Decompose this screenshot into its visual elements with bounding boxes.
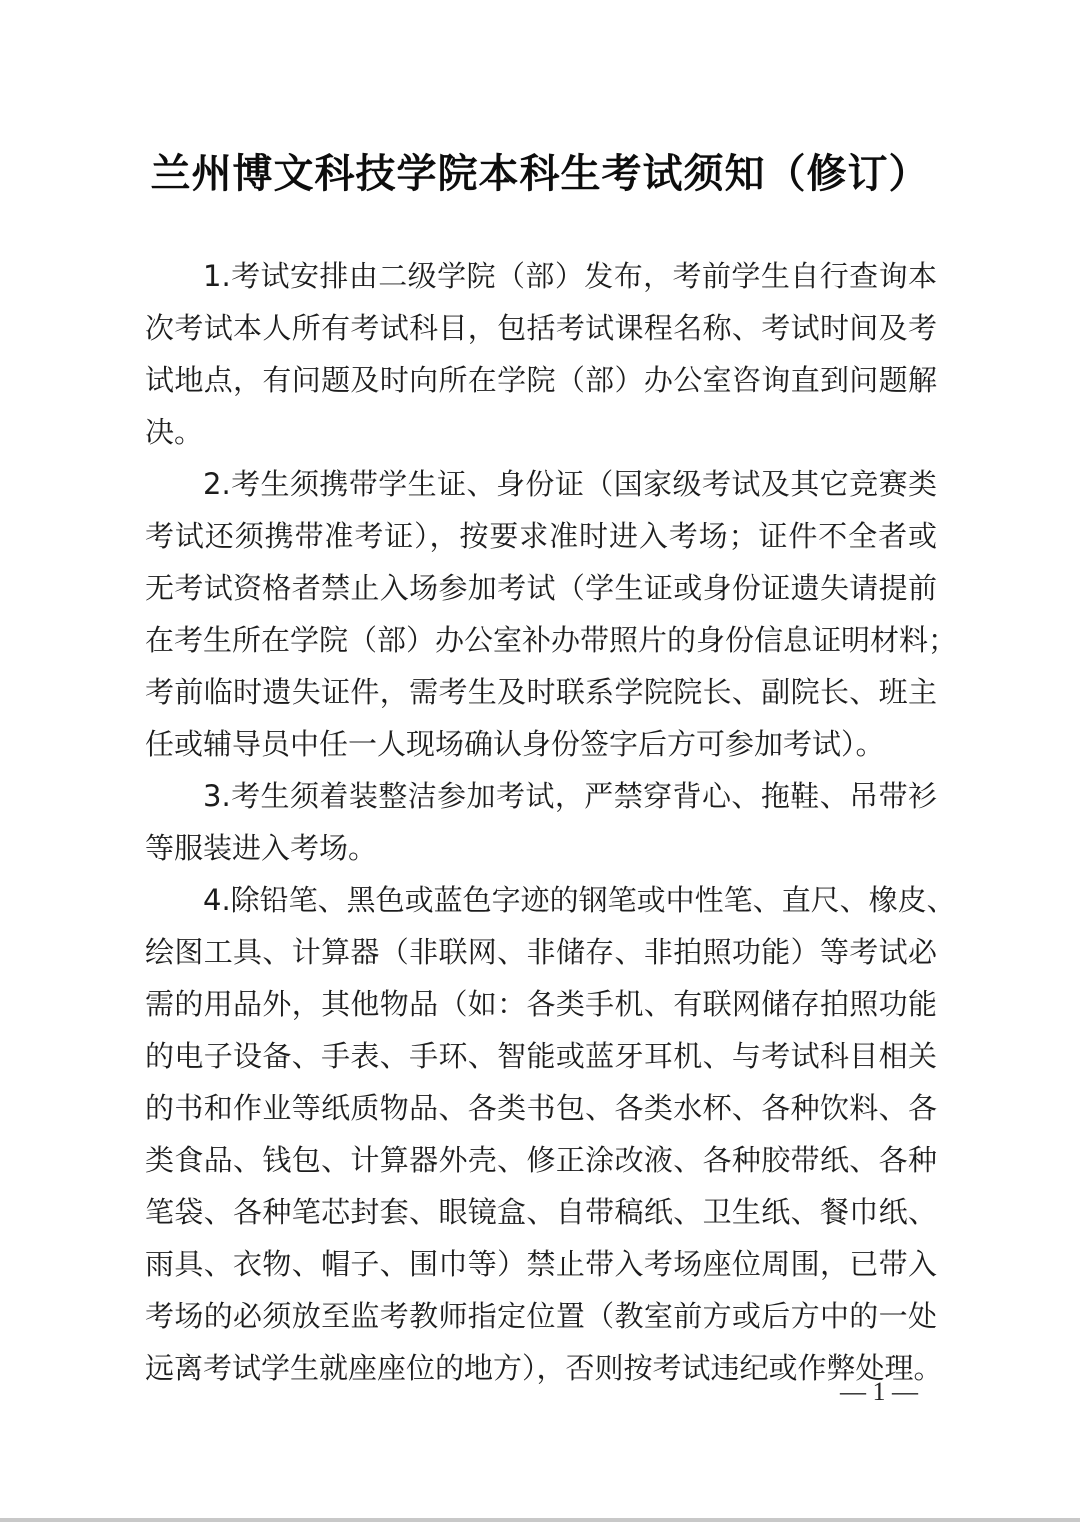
- paragraph-4-line-1: 4.除铅笔、黑色或蓝色字迹的钢笔或中性笔、直尺、橡皮、: [145, 874, 937, 926]
- paragraph-4-line-6: 类食品、钱包、计算器外壳、修正涂改液、各种胶带纸、各种: [145, 1134, 937, 1186]
- page-bottom-divider: [0, 1518, 1080, 1522]
- paragraph-2-line-3: 无考试资格者禁止入场参加考试（学生证或身份证遗失请提前: [145, 562, 937, 614]
- paragraph-4-line-5: 的书和作业等纸质物品、各类书包、各类水杯、各种饮料、各: [145, 1082, 937, 1134]
- paragraph-1-line-3: 试地点，有问题及时向所在学院（部）办公室咨询直到问题解: [145, 354, 937, 406]
- paragraph-4-line-4: 的电子设备、手表、手环、智能或蓝牙耳机、与考试科目相关: [145, 1030, 937, 1082]
- paragraph-2-line-1: 2.考生须携带学生证、身份证（国家级考试及其它竞赛类: [145, 458, 937, 510]
- document-title: 兰州博文科技学院本科生考试须知（修订）: [0, 144, 1080, 204]
- paragraph-4-line-8: 雨具、衣物、帽子、围巾等）禁止带入考场座位周围，已带入: [145, 1238, 937, 1290]
- paragraph-4-line-7: 笔袋、各种笔芯封套、眼镜盒、自带稿纸、卫生纸、餐巾纸、: [145, 1186, 937, 1238]
- document-page: 兰州博文科技学院本科生考试须知（修订） 1.考试安排由二级学院（部）发布，考前学…: [0, 0, 1080, 1518]
- paragraph-1-line-1: 1.考试安排由二级学院（部）发布，考前学生自行查询本: [145, 250, 937, 302]
- paragraph-4-line-9: 考场的必须放至监考教师指定位置（教室前方或后方中的一处: [145, 1290, 937, 1342]
- paragraph-1-line-2: 次考试本人所有考试科目，包括考试课程名称、考试时间及考: [145, 302, 937, 354]
- paragraph-2-line-2: 考试还须携带准考证），按要求准时进入考场；证件不全者或: [145, 510, 937, 562]
- paragraph-2-line-5: 考前临时遗失证件，需考生及时联系学院院长、副院长、班主: [145, 666, 937, 718]
- paragraph-4-line-2: 绘图工具、计算器（非联网、非储存、非拍照功能）等考试必: [145, 926, 937, 978]
- page-number: — 1 —: [840, 1374, 918, 1410]
- paragraph-2-line-6: 任或辅导员中任一人现场确认身份签字后方可参加考试）。: [145, 718, 937, 770]
- paragraph-4-line-10: 远离考试学生就座座位的地方），否则按考试违纪或作弊处理。: [145, 1342, 937, 1394]
- paragraph-2-line-4: 在考生所在学院（部）办公室补办带照片的身份信息证明材料；: [145, 614, 937, 666]
- paragraph-4-line-3: 需的用品外，其他物品（如：各类手机、有联网储存拍照功能: [145, 978, 937, 1030]
- paragraph-1-line-4: 决。: [145, 406, 937, 458]
- paragraph-3-line-1: 3.考生须着装整洁参加考试，严禁穿背心、拖鞋、吊带衫: [145, 770, 937, 822]
- document-body: 1.考试安排由二级学院（部）发布，考前学生自行查询本 次考试本人所有考试科目，包…: [145, 250, 937, 1394]
- paragraph-3-line-2: 等服装进入考场。: [145, 822, 937, 874]
